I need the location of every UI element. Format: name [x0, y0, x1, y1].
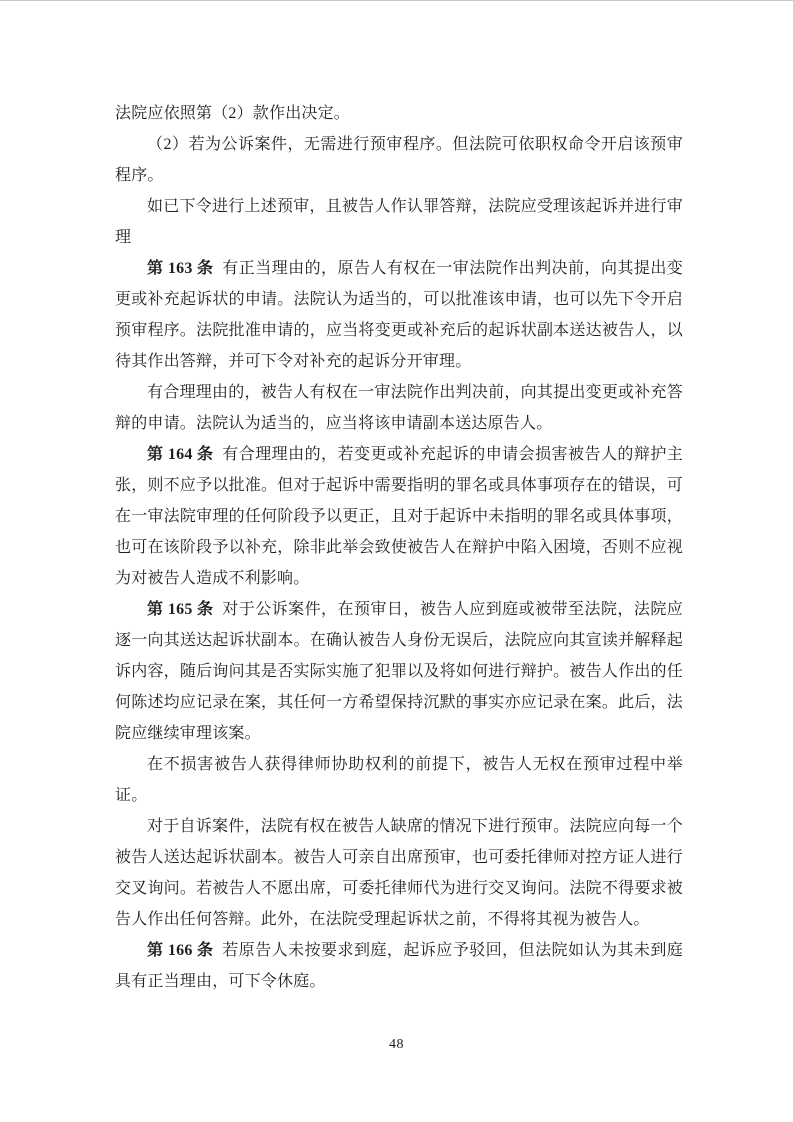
paragraph: 有合理理由的，被告人有权在一审法院作出判决前，向其提出变更或补充答辩的申请。法院…	[115, 377, 683, 439]
article-number: 第 165 条	[147, 601, 213, 618]
paragraph-article-164: 第 164 条有合理理由的，若变更或补充起诉的申请会损害被告人的辩护主张，则不应…	[115, 439, 683, 594]
page-number: 48	[389, 1037, 404, 1052]
page-footer: 48	[0, 1035, 793, 1053]
paragraph-text: 对于自诉案件，法院有权在被告人缺席的情况下进行预审。法院应向每一个被告人送达起诉…	[115, 818, 683, 928]
paragraph-text: 法院应依照第（2）款作出决定。	[115, 105, 350, 122]
document-page: 法院应依照第（2）款作出决定。 （2）若为公诉案件，无需进行预审程序。但法院可依…	[0, 0, 793, 1122]
paragraph: 在不损害被告人获得律师协助权利的前提下，被告人无权在预审过程中举证。	[115, 749, 683, 811]
paragraph-article-166: 第 166 条若原告人未按要求到庭，起诉应予驳回，但法院如认为其未到庭具有正当理…	[115, 935, 683, 997]
paragraph-article-163: 第 163 条有正当理由的，原告人有权在一审法院作出判决前，向其提出变更或补充起…	[115, 253, 683, 377]
paragraph: 如已下令进行上述预审，且被告人作认罪答辩，法院应受理该起诉并进行审理	[115, 191, 683, 253]
article-number: 第 166 条	[147, 942, 213, 959]
paragraph-article-165: 第 165 条对于公诉案件，在预审日，被告人应到庭或被带至法院，法院应逐一向其送…	[115, 594, 683, 749]
paragraph: （2）若为公诉案件，无需进行预审程序。但法院可依职权命令开启该预审程序。	[115, 129, 683, 191]
article-number: 第 163 条	[147, 260, 213, 277]
paragraph: 法院应依照第（2）款作出决定。	[115, 98, 683, 129]
paragraph-text: 有合理理由的，若变更或补充起诉的申请会损害被告人的辩护主张，则不应予以批准。但对…	[115, 446, 683, 587]
paragraph-text: 对于公诉案件，在预审日，被告人应到庭或被带至法院，法院应逐一向其送达起诉状副本。…	[115, 601, 683, 742]
paragraph-text: （2）若为公诉案件，无需进行预审程序。但法院可依职权命令开启该预审程序。	[115, 136, 683, 184]
article-number: 第 164 条	[147, 446, 213, 463]
paragraph-text: 有合理理由的，被告人有权在一审法院作出判决前，向其提出变更或补充答辩的申请。法院…	[115, 384, 683, 432]
paragraph: 对于自诉案件，法院有权在被告人缺席的情况下进行预审。法院应向每一个被告人送达起诉…	[115, 811, 683, 935]
document-body: 法院应依照第（2）款作出决定。 （2）若为公诉案件，无需进行预审程序。但法院可依…	[115, 98, 683, 997]
paragraph-text: 在不损害被告人获得律师协助权利的前提下，被告人无权在预审过程中举证。	[115, 756, 683, 804]
paragraph-text: 如已下令进行上述预审，且被告人作认罪答辩，法院应受理该起诉并进行审理	[115, 198, 683, 246]
